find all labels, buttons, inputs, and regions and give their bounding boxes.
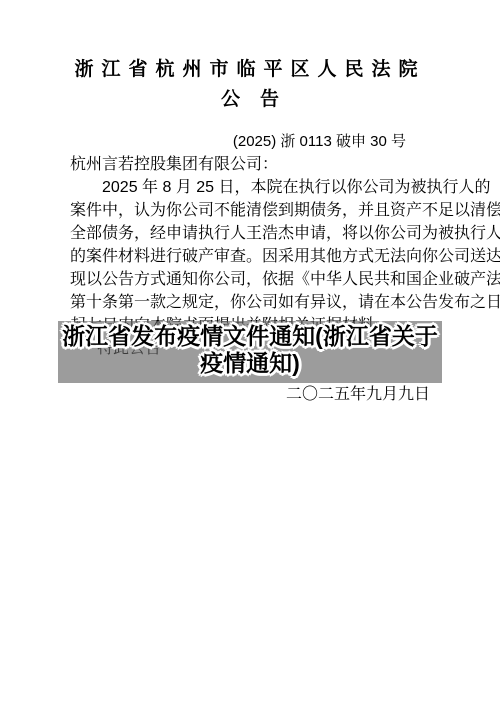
body-line: 案件中，认为你公司不能清偿到期债务，并且资产不足以清偿 (70, 199, 430, 222)
court-title: 浙江省杭州市临平区人民法院 (70, 55, 430, 85)
body-line: 第十条第一款之规定，你公司如有异议，请在本公告发布之日 (70, 291, 430, 314)
body-line: 2025 年 8 月 25 日，本院在执行以你公司为被执行人的 (70, 176, 430, 199)
body-line: 的案件材料进行破产审查。因采用其他方式无法向你公司送达， (70, 245, 430, 268)
notice-title: 公告 (70, 85, 430, 115)
case-number: (2025) 浙 0113 破申 30 号 (70, 130, 430, 153)
body-line: 现以公告方式通知你公司，依据《中华人民共和国企业破产法》 (70, 268, 430, 291)
overlay-headline: 浙江省发布疫情文件通知(浙江省关于 疫情通知) (40, 323, 460, 377)
body-line: 全部债务，经申请执行人王浩杰申请，将以你公司为被执行人 (70, 222, 430, 245)
addressee-line: 杭州言若控股集团有限公司： (70, 153, 430, 176)
overlay-headline-line1: 浙江省发布疫情文件通知(浙江省关于 (40, 323, 460, 350)
overlay-headline-line2: 疫情通知) (40, 350, 460, 377)
date-line: 二〇二五年九月九日 (70, 383, 430, 406)
notice-page: 浙江省杭州市临平区人民法院 公告 (2025) 浙 0113 破申 30 号 杭… (0, 0, 500, 706)
